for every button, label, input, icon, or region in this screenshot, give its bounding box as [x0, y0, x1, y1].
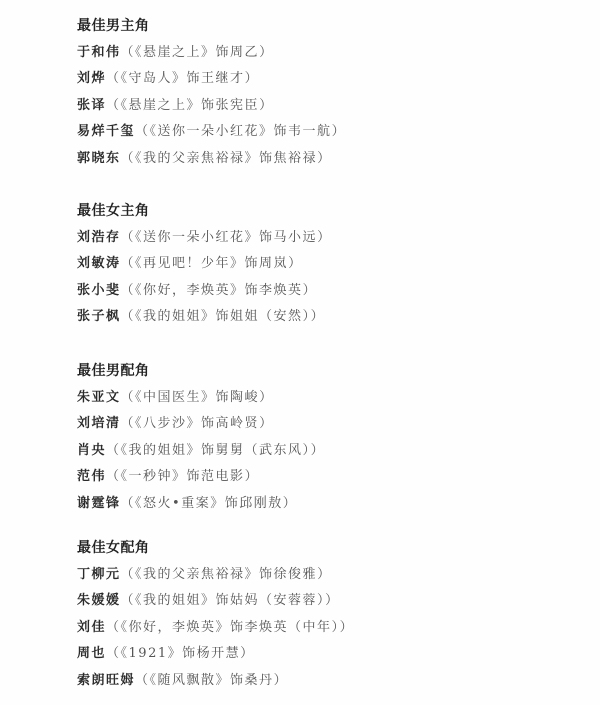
open-paren: （ [106, 98, 121, 113]
actor-name: 张子枫 [77, 309, 121, 324]
open-paren: （ [121, 309, 136, 324]
nominee-entry: 范伟（《一秒钟》饰范电影） [77, 468, 325, 486]
nominee-entry: 索朗旺姆（《随风飘散》饰桑丹） [77, 672, 354, 690]
open-paren: （ [121, 151, 136, 166]
close-paren: ） [303, 283, 318, 298]
role-name: 饰马小远 [259, 230, 317, 245]
role-name: 饰桑丹 [230, 673, 274, 688]
film-title: 《怒火•重案》 [135, 496, 225, 511]
nominee-entry: 朱媛媛（《我的姐姐》饰姑妈（安蓉蓉）） [77, 592, 354, 610]
close-paren: ） [240, 646, 255, 661]
actor-name: 朱媛媛 [77, 593, 121, 608]
role-name: 饰高岭贤 [201, 416, 259, 431]
actor-name: 范伟 [77, 469, 106, 484]
film-title: 《我的姐姐》 [121, 443, 202, 458]
film-title: 《中国医生》 [135, 390, 216, 405]
open-paren: （ [135, 673, 150, 688]
actor-name: 于和伟 [77, 45, 121, 60]
nominee-entry: 刘培清（《八步沙》饰高岭贤） [77, 415, 325, 433]
close-paren: ） [332, 124, 347, 139]
role-name: 饰周岚 [245, 256, 289, 271]
film-title: 《八步沙》 [135, 416, 201, 431]
open-paren: （ [121, 256, 136, 271]
nominee-entry: 刘浩存（《送你一朵小红花》饰马小远） [77, 229, 332, 247]
section-best-actress: 最佳女主角 刘浩存（《送你一朵小红花》饰马小远） 刘敏涛（《再见吧！少年》饰周岚… [77, 202, 332, 335]
film-title: 《我的姐姐》 [135, 309, 216, 324]
nominee-entry: 刘佳（《你好，李焕英》饰李焕英（中年）） [77, 619, 354, 637]
actor-name: 刘佳 [77, 620, 106, 635]
role-name: 饰邱刚敖 [225, 496, 283, 511]
film-title: 《守岛人》 [121, 71, 187, 86]
close-paren: ） [274, 673, 289, 688]
close-paren: ） [317, 230, 332, 245]
close-paren: ） [311, 309, 326, 324]
actor-name: 易烊千玺 [77, 124, 135, 139]
section-best-supporting-actor: 最佳男配角 朱亚文（《中国医生》饰陶峻） 刘培清（《八步沙》饰高岭贤） 肖央（《… [77, 362, 325, 521]
open-paren: （ [106, 71, 121, 86]
open-paren: （ [106, 469, 121, 484]
open-paren: （ [106, 443, 121, 458]
film-title: 《悬崖之上》 [121, 98, 202, 113]
close-paren: ） [245, 71, 260, 86]
nominee-entry: 刘敏涛（《再见吧！少年》饰周岚） [77, 255, 332, 273]
film-title: 《我的父亲焦裕禄》 [135, 567, 259, 582]
close-paren: ） [259, 416, 274, 431]
actor-name: 丁柳元 [77, 567, 121, 582]
open-paren: （ [121, 416, 136, 431]
open-paren: （ [121, 45, 136, 60]
open-paren: （ [121, 593, 136, 608]
actor-name: 周也 [77, 646, 106, 661]
nominee-entry: 谢霆锋（《怒火•重案》饰邱刚敖） [77, 495, 325, 513]
nominee-entry: 于和伟（《悬崖之上》饰周乙） [77, 44, 346, 62]
role-name: 饰杨开慧 [182, 646, 240, 661]
actor-name: 张小斐 [77, 283, 121, 298]
actor-name: 朱亚文 [77, 390, 121, 405]
role-name: 饰范电影 [187, 469, 245, 484]
open-paren: （ [135, 124, 150, 139]
section-best-supporting-actress: 最佳女配角 丁柳元（《我的父亲焦裕禄》饰徐俊雅） 朱媛媛（《我的姐姐》饰姑妈（安… [77, 539, 354, 698]
nominee-entry: 郭晓东（《我的父亲焦裕禄》饰焦裕禄） [77, 150, 346, 168]
nominee-entry: 张小斐（《你好，李焕英》饰李焕英） [77, 282, 332, 300]
role-name: 饰徐俊雅 [259, 567, 317, 582]
film-title: 《悬崖之上》 [135, 45, 216, 60]
close-paren: ） [317, 567, 332, 582]
actor-name: 郭晓东 [77, 151, 121, 166]
section-title: 最佳男配角 [77, 362, 325, 380]
role-name: 饰李焕英 [245, 283, 303, 298]
nominee-entry: 张译（《悬崖之上》饰张宪臣） [77, 97, 346, 115]
open-paren: （ [121, 496, 136, 511]
nominee-entry: 丁柳元（《我的父亲焦裕禄》饰徐俊雅） [77, 566, 354, 584]
actor-name: 谢霆锋 [77, 496, 121, 511]
film-title: 《我的父亲焦裕禄》 [135, 151, 259, 166]
close-paren: ） [317, 151, 332, 166]
open-paren: （ [121, 567, 136, 582]
close-paren: ） [259, 98, 274, 113]
actor-name: 刘烨 [77, 71, 106, 86]
actor-name: 肖央 [77, 443, 106, 458]
section-title: 最佳女主角 [77, 202, 332, 220]
actor-name: 张译 [77, 98, 106, 113]
actor-name: 刘浩存 [77, 230, 121, 245]
close-paren: ） [311, 443, 326, 458]
close-paren: ） [259, 45, 274, 60]
role-name: 饰王继才 [187, 71, 245, 86]
nominee-entry: 易烊千玺（《送你一朵小红花》饰韦一航） [77, 123, 346, 141]
open-paren: （ [121, 283, 136, 298]
open-paren: （ [106, 646, 121, 661]
section-best-actor: 最佳男主角 于和伟（《悬崖之上》饰周乙） 刘烨（《守岛人》饰王继才） 张译（《悬… [77, 17, 346, 176]
nominee-entry: 朱亚文（《中国医生》饰陶峻） [77, 389, 325, 407]
film-title: 《你好，李焕英》 [121, 620, 231, 635]
close-paren: ） [288, 256, 303, 271]
actor-name: 索朗旺姆 [77, 673, 135, 688]
film-title: 《一秒钟》 [121, 469, 187, 484]
role-name: 饰周乙 [216, 45, 260, 60]
section-title: 最佳男主角 [77, 17, 346, 35]
nominee-entry: 肖央（《我的姐姐》饰舅舅（武东风）） [77, 442, 325, 460]
nominee-entry: 张子枫（《我的姐姐》饰姐姐（安然）） [77, 308, 332, 326]
section-title: 最佳女配角 [77, 539, 354, 557]
role-name: 饰焦裕禄 [259, 151, 317, 166]
open-paren: （ [106, 620, 121, 635]
role-name: 饰张宪臣 [201, 98, 259, 113]
film-title: 《送你一朵小红花》 [135, 230, 259, 245]
film-title: 《随风飘散》 [150, 673, 231, 688]
nominee-entry: 刘烨（《守岛人》饰王继才） [77, 70, 346, 88]
film-title: 《我的姐姐》 [135, 593, 216, 608]
document-page: 最佳男主角 于和伟（《悬崖之上》饰周乙） 刘烨（《守岛人》饰王继才） 张译（《悬… [0, 0, 600, 705]
close-paren: ） [283, 496, 298, 511]
close-paren: ） [245, 469, 260, 484]
role-name: 饰陶峻 [216, 390, 260, 405]
film-title: 《送你一朵小红花》 [150, 124, 274, 139]
film-title: 《1921》 [121, 646, 183, 661]
close-paren: ） [325, 593, 340, 608]
role-name: 饰舅舅（武东风） [201, 443, 311, 458]
role-name: 饰姑妈（安蓉蓉） [216, 593, 326, 608]
open-paren: （ [121, 390, 136, 405]
close-paren: ） [259, 390, 274, 405]
actor-name: 刘敏涛 [77, 256, 121, 271]
film-title: 《再见吧！少年》 [135, 256, 245, 271]
role-name: 饰李焕英（中年） [230, 620, 340, 635]
role-name: 饰姐姐（安然） [216, 309, 311, 324]
actor-name: 刘培清 [77, 416, 121, 431]
film-title: 《你好，李焕英》 [135, 283, 245, 298]
role-name: 饰韦一航 [274, 124, 332, 139]
open-paren: （ [121, 230, 136, 245]
close-paren: ） [340, 620, 355, 635]
nominee-entry: 周也（《1921》饰杨开慧） [77, 645, 354, 663]
